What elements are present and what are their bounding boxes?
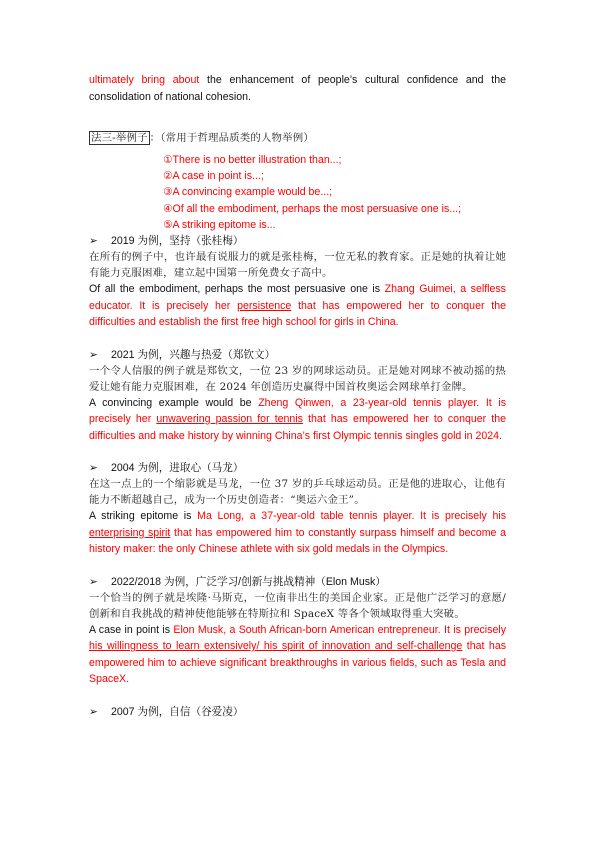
phrase-item: ②A case in point is...;: [163, 168, 506, 184]
example-english-red: Ma Long, a 37-year-old table tennis play…: [197, 510, 506, 522]
phrase-item: ⑤A striking epitome is...: [163, 217, 506, 233]
example-heading: ➢2022/2018 为例，广泛学习/创新与挑战精神（Elon Musk）: [89, 574, 506, 590]
example-heading-text: 2019 为例，坚持（张桂梅）: [111, 235, 243, 247]
example-heading-text: 2007 为例，自信（谷爱凌）: [111, 706, 243, 718]
arrow-bullet-icon: ➢: [89, 704, 111, 720]
intro-paragraph: ultimately bring about the enhancement o…: [89, 72, 506, 105]
example-chinese: 一个令人信服的例子就是郑钦文，一位 23 岁的网球运动员。正是她对网球不被动摇的…: [89, 363, 506, 395]
method-title-colon: ：: [150, 132, 161, 144]
arrow-bullet-icon: ➢: [89, 233, 111, 249]
example-heading-text: 2022/2018 为例，广泛学习/创新与挑战精神（Elon Musk）: [111, 576, 386, 588]
example-heading: ➢2004 为例，进取心（马龙）: [89, 460, 506, 476]
example-english-underlined: his willingness to learn extensively/ hi…: [89, 640, 462, 652]
example-english-lead: A striking epitome is: [89, 510, 197, 522]
phrase-item: ③A convincing example would be...;: [163, 184, 506, 200]
document-page: ultimately bring about the enhancement o…: [89, 0, 506, 720]
example-english-underlined: persistence: [237, 300, 291, 312]
example-english: A striking epitome is Ma Long, a 37-year…: [89, 508, 506, 558]
example-heading: ➢2019 为例，坚持（张桂梅）: [89, 233, 506, 249]
example-heading-text: 2021 为例，兴趣与热爱（郑钦文）: [111, 349, 275, 361]
example-chinese: 在这一点上的一个缩影就是马龙，一位 37 岁的乒乓球运动员。正是他的进取心，让他…: [89, 476, 506, 508]
phrase-item: ④Of all the embodiment, perhaps the most…: [163, 201, 506, 217]
example-english: A case in point is Elon Musk, a South Af…: [89, 622, 506, 688]
example-english-lead: Of all the embodiment, perhaps the most …: [89, 283, 385, 295]
arrow-bullet-icon: ➢: [89, 347, 111, 363]
phrase-list: ①There is no better illustration than...…: [163, 152, 506, 233]
example-chinese: 在所有的例子中，也许最有说服力的就是张桂梅，一位无私的教育家。正是她的执着让她有…: [89, 249, 506, 281]
arrow-bullet-icon: ➢: [89, 460, 111, 476]
example-english: A convincing example would be Zheng Qinw…: [89, 395, 506, 445]
arrow-bullet-icon: ➢: [89, 574, 111, 590]
phrase-item: ①There is no better illustration than...…: [163, 152, 506, 168]
example-english-underlined: unwavering passion for tennis: [156, 413, 303, 425]
method-note: （常用于哲理品质类的人物举例）: [160, 132, 314, 144]
example-chinese: 一个恰当的例子就是埃隆·马斯克，一位南非出生的美国企业家。正是他广泛学习的意愿/…: [89, 590, 506, 622]
method-title-boxed: 法三-举例子: [89, 131, 150, 145]
example-heading: ➢2007 为例，自信（谷爱凌）: [89, 704, 506, 720]
example-heading: ➢2021 为例，兴趣与热爱（郑钦文）: [89, 347, 506, 363]
example-english-underlined: enterprising spirit: [89, 527, 170, 539]
method-heading: 法三-举例子：（常用于哲理品质类的人物举例）: [89, 130, 506, 146]
example-english: Of all the embodiment, perhaps the most …: [89, 281, 506, 331]
intro-red-lead: ultimately bring about: [89, 74, 199, 86]
example-english-red: Elon Musk, a South African-born American…: [173, 624, 506, 636]
example-english-lead: A case in point is: [89, 624, 173, 636]
example-heading-text: 2004 为例，进取心（马龙）: [111, 462, 243, 474]
example-english-lead: A convincing example would be: [89, 397, 258, 409]
